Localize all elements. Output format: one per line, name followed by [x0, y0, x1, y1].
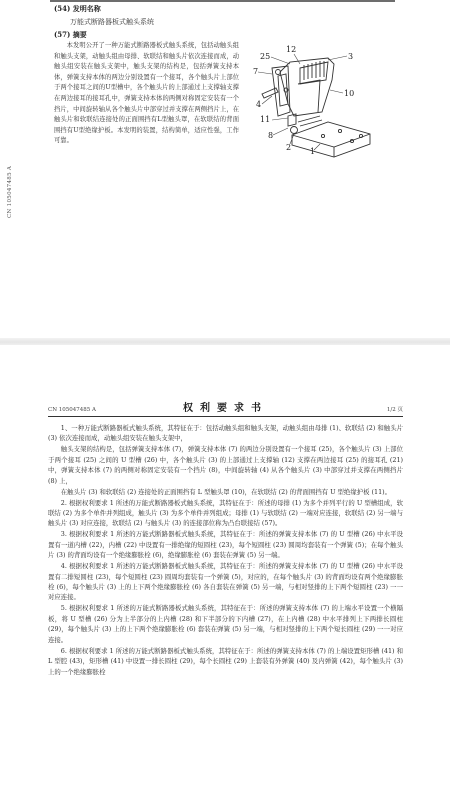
claim-paragraph: 3. 根据权利要求 1 所述的万能式断路器板式触头系统，其特征在于：所述的弹簧支…	[48, 529, 403, 560]
contact-system-drawing: 25 12 3 7 10 4 11 8 2 1	[248, 32, 378, 172]
svg-text:11: 11	[260, 115, 270, 124]
svg-text:1: 1	[310, 147, 315, 156]
claim-paragraph: 2. 根据权利要求 1 所述的万能式断路器板式触头系统，其特征在于：所述的母排 …	[48, 498, 403, 529]
claims-body: 1、一种万能式断路器板式触头系统，其特征在于：包括动触头组和触头支架，动触头组由…	[48, 423, 403, 678]
svg-text:2: 2	[286, 143, 291, 152]
svg-text:10: 10	[344, 89, 354, 98]
invention-title: 万能式断路器板式触头系统	[70, 17, 154, 27]
patent-page-claims: CN 105047485 A 权利要求书 1/2 页 1、一种万能式断路器板式触…	[0, 345, 450, 800]
claim-paragraph: 在触头片 (3) 和软联结 (2) 连接处的正面围挡有 L 型触头罩 (10)，…	[48, 487, 403, 497]
claim-paragraph: 4. 根据权利要求 1 所述的万能式断路器板式触头系统，其特征在于：所述的弹簧支…	[48, 561, 403, 603]
claim-paragraph: 触头支架的结构是，包括弹簧支持本体 (7)，弹簧支持本体 (7) 的两边分别设置…	[48, 444, 403, 486]
abstract-figure: 25 12 3 7 10 4 11 8 2 1	[248, 32, 378, 172]
figure-label-25: 25	[260, 52, 270, 61]
abstract-heading: (57) 摘要	[54, 30, 87, 40]
claim-paragraph: 1、一种万能式断路器板式触头系统，其特征在于：包括动触头组和触头支架，动触头组由…	[48, 423, 403, 444]
page-indicator: 1/2 页	[387, 405, 403, 413]
invention-title-heading: (54) 发明名称	[54, 4, 101, 14]
patent-page-front: (54) 发明名称 万能式断路器板式触头系统 (57) 摘要 本发明公开了一种万…	[0, 0, 450, 340]
abstract-text: 本发明公开了一种万能式断路器板式触头系统，包括动触头组和触头支架，动触头组由母排…	[54, 41, 239, 147]
side-document-code: CN 105047485 A	[7, 166, 13, 218]
svg-text:4: 4	[256, 100, 261, 109]
top-rule-divider	[50, 0, 395, 2]
claim-paragraph: 6. 根据权利要求 1 所述的万能式断路器板式触头系统，其特征在于：所述的弹簧支…	[48, 646, 403, 677]
claim-paragraph: 5. 根据权利要求 1 所述的万能式断路器板式触头系统，其特征在于：所述的弹簧支…	[48, 603, 403, 645]
svg-text:3: 3	[348, 52, 353, 61]
svg-text:8: 8	[268, 131, 273, 140]
claims-title: 权利要求书	[48, 399, 403, 414]
claims-page-header: CN 105047485 A 权利要求书 1/2 页	[48, 400, 403, 417]
svg-text:7: 7	[253, 67, 258, 76]
svg-text:12: 12	[286, 45, 296, 54]
